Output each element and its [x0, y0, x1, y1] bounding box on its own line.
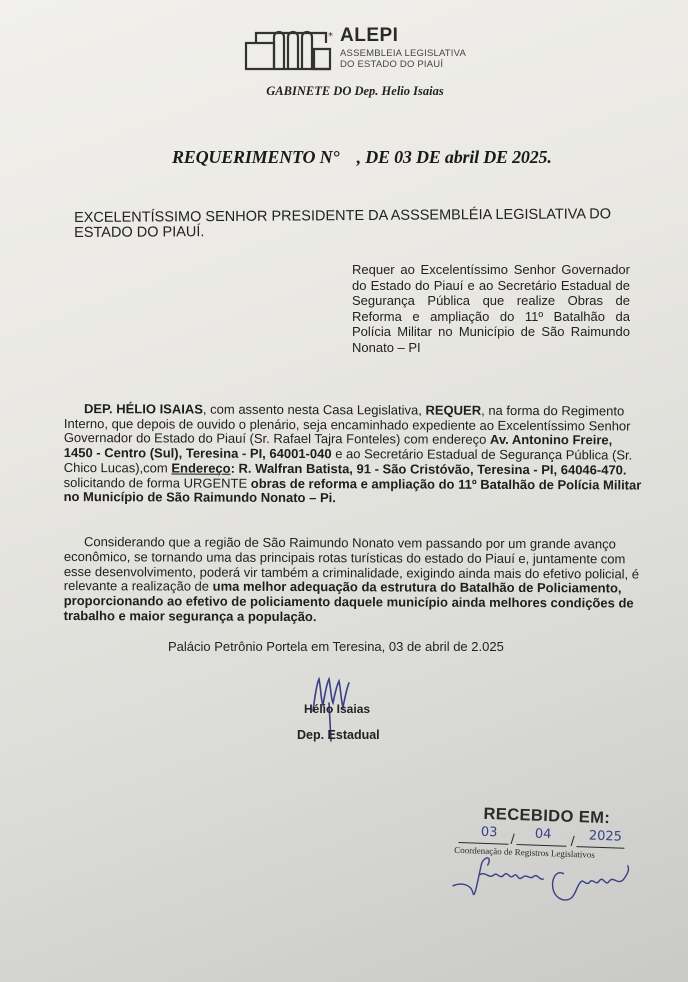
- stamp-slash: /: [510, 831, 514, 847]
- ementa: Requer ao Excelentíssimo Senhor Governad…: [352, 262, 630, 355]
- stamp-month: 04: [535, 827, 552, 843]
- requer-keyword: REQUER: [425, 403, 481, 418]
- logo-brand: ALEPI: [340, 25, 398, 47]
- body-paragraph-2: Considerando que a região de São Raimund…: [64, 535, 644, 626]
- signatory-name: Hélio Isaias: [304, 702, 370, 716]
- document-title: REQUERIMENTO N° , DE 03 DE abril DE 2025…: [172, 147, 552, 168]
- received-stamp: RECEBIDO EM: 03 / 04 / 2025 Coordenação …: [456, 800, 660, 917]
- logo-subtitle-1: ASSEMBLEIA LEGISLATIVA: [340, 48, 466, 59]
- stamp-slash: /: [570, 833, 574, 849]
- place-and-date: Palácio Petrônio Portela em Teresina, 03…: [168, 639, 504, 654]
- stamp-year: 2025: [589, 829, 623, 845]
- addressee: EXCELENTÍSSIMO SENHOR PRESIDENTE DA ASSS…: [74, 207, 614, 241]
- endereco-label: Endereço: [171, 460, 230, 475]
- text-span: , com assento nesta Casa Legislativa,: [203, 402, 426, 418]
- stamp-title: RECEBIDO EM:: [483, 805, 610, 828]
- stamp-day: 03: [481, 825, 498, 841]
- signatory-role: Dep. Estadual: [297, 728, 380, 742]
- body-paragraph-1: DEP. HÉLIO ISAIAS, com assento nesta Cas…: [64, 402, 644, 507]
- receiver-signature-icon: [450, 852, 642, 914]
- alepi-building-columns-logo-icon: *: [244, 27, 336, 73]
- office-heading: GABINETE DO Dep. Helio Isaias: [0, 84, 688, 99]
- logo-subtitle-2: DO ESTADO DO PIAUÍ: [340, 59, 443, 70]
- author-name: DEP. HÉLIO ISAIAS: [84, 401, 203, 417]
- text-span: solicitando de forma URGENTE: [64, 475, 251, 491]
- alepi-logo: * ALEPI ASSEMBLEIA LEGISLATIVA DO ESTADO…: [244, 27, 484, 75]
- svg-text:*: *: [328, 31, 333, 42]
